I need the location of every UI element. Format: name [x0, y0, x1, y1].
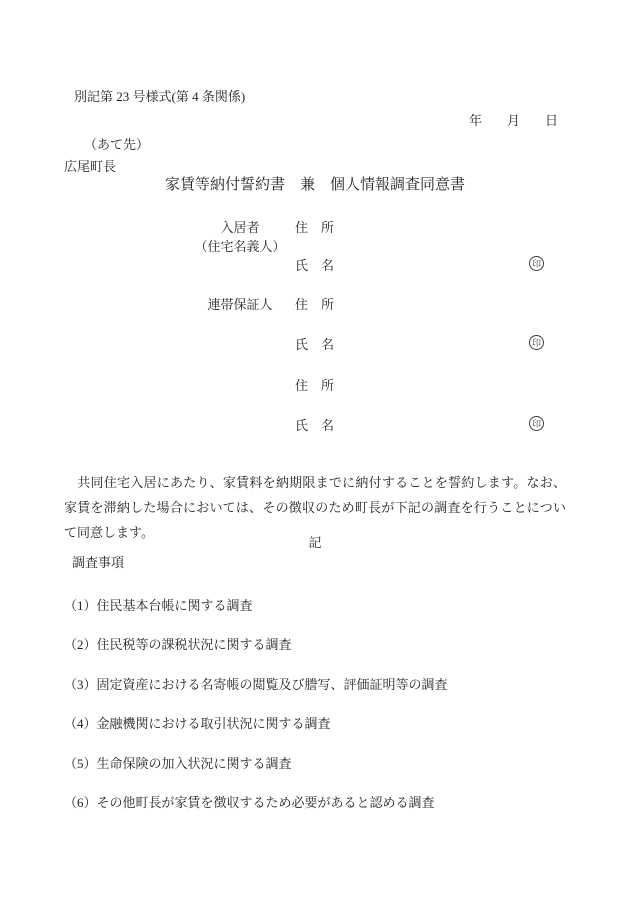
guarantor-address-label-1: 住 所: [295, 296, 334, 315]
survey-item: （1）住民基本台帳に関する調査: [64, 597, 253, 616]
survey-item-number: （5）: [64, 756, 97, 771]
resident-seal-icon: 印: [529, 256, 544, 271]
guarantor-name-label-1: 氏 名: [295, 336, 334, 355]
survey-item: （6）その他町長が家賃を徴収するため必要があると認める調査: [64, 794, 435, 813]
survey-item-text: 住民税等の課税状況に関する調査: [97, 637, 292, 652]
survey-item-number: （1）: [64, 598, 97, 613]
guarantor-address-label-2: 住 所: [295, 377, 334, 396]
survey-item: （5）生命保険の加入状況に関する調査: [64, 755, 292, 774]
addressee-prefix: （あて先）: [84, 136, 149, 155]
resident-role-note: （住宅名義人）: [188, 238, 292, 257]
survey-item-text: 金融機関における取引状況に関する調査: [97, 716, 331, 731]
document-page: 別記第 23 号様式(第 4 条関係) 年 月 日 （あて先） 広尾町長 家賃等…: [0, 0, 630, 903]
survey-item-text: その他町長が家賃を徴収するため必要があると認める調査: [97, 795, 435, 810]
date-line: 年 月 日: [469, 112, 564, 131]
survey-item-number: （4）: [64, 716, 97, 731]
resident-name-label: 氏 名: [295, 257, 334, 276]
list-marker: 記: [0, 530, 630, 555]
survey-item-text: 住民基本台帳に関する調査: [97, 598, 253, 613]
guarantor-name-label-2: 氏 名: [295, 417, 334, 436]
survey-item: （2）住民税等の課税状況に関する調査: [64, 636, 292, 655]
survey-item-number: （3）: [64, 677, 97, 692]
section-heading: 調査事項: [72, 554, 124, 573]
guarantor-role-label: 連帯保証人: [188, 296, 292, 315]
guarantor-seal-icon-2: 印: [529, 416, 544, 431]
resident-role-label: 入居者: [188, 219, 292, 238]
guarantor-seal-icon-1: 印: [529, 335, 544, 350]
survey-item-number: （6）: [64, 795, 97, 810]
form-number: 別記第 23 号様式(第 4 条関係): [74, 88, 245, 107]
survey-item-text: 生命保険の加入状況に関する調査: [97, 756, 292, 771]
survey-item-number: （2）: [64, 637, 97, 652]
survey-item: （4）金融機関における取引状況に関する調査: [64, 715, 331, 734]
survey-item-text: 固定資産における名寄帳の閲覧及び謄写、評価証明等の調査: [97, 677, 448, 692]
resident-address-label: 住 所: [295, 219, 334, 238]
page-title: 家賃等納付誓約書 兼 個人情報調査同意書: [0, 175, 630, 197]
survey-item: （3）固定資産における名寄帳の閲覧及び謄写、評価証明等の調査: [64, 676, 448, 695]
